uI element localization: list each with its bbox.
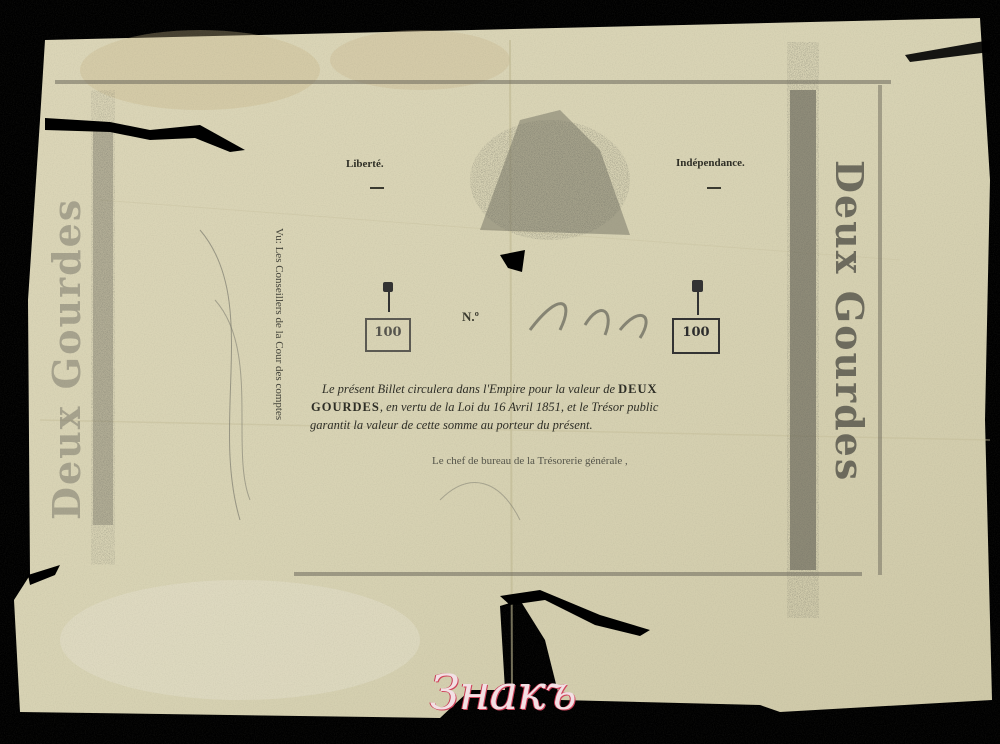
text-line-3: garantit la valeur de cette somme au por… xyxy=(310,418,593,433)
denomination-left: Deux Gourdes xyxy=(44,198,89,520)
text-line-1-main: Le présent Billet circulera dans l'Empir… xyxy=(322,382,615,396)
text-line-2: GOURDES, en vertu de la Loi du 16 Avril … xyxy=(311,400,658,415)
text-gourdes: GOURDES xyxy=(311,400,380,414)
text-deux: DEUX xyxy=(618,382,657,396)
stamp-100-left: 100 xyxy=(365,318,411,352)
signature-line: Le chef de bureau de la Trésorerie génér… xyxy=(432,455,628,467)
motto-independance: Indépendance. xyxy=(676,157,745,169)
text-line-2-main: , en vertu de la Loi du 16 Avril 1851, e… xyxy=(380,400,659,414)
dash-left xyxy=(370,187,384,189)
dash-right xyxy=(707,187,721,189)
denomination-right: Deux Gourdes xyxy=(827,160,872,482)
stamp-100-right: 100 xyxy=(672,318,720,354)
vertical-conseillers-text: Vu: Les Conseillers de la Cour des compt… xyxy=(273,228,285,420)
motto-liberte: Liberté. xyxy=(346,158,384,170)
number-label: N.º xyxy=(462,309,479,325)
text-line-1: Le présent Billet circulera dans l'Empir… xyxy=(322,382,658,397)
watermark-logo: Знакъ xyxy=(430,665,576,721)
